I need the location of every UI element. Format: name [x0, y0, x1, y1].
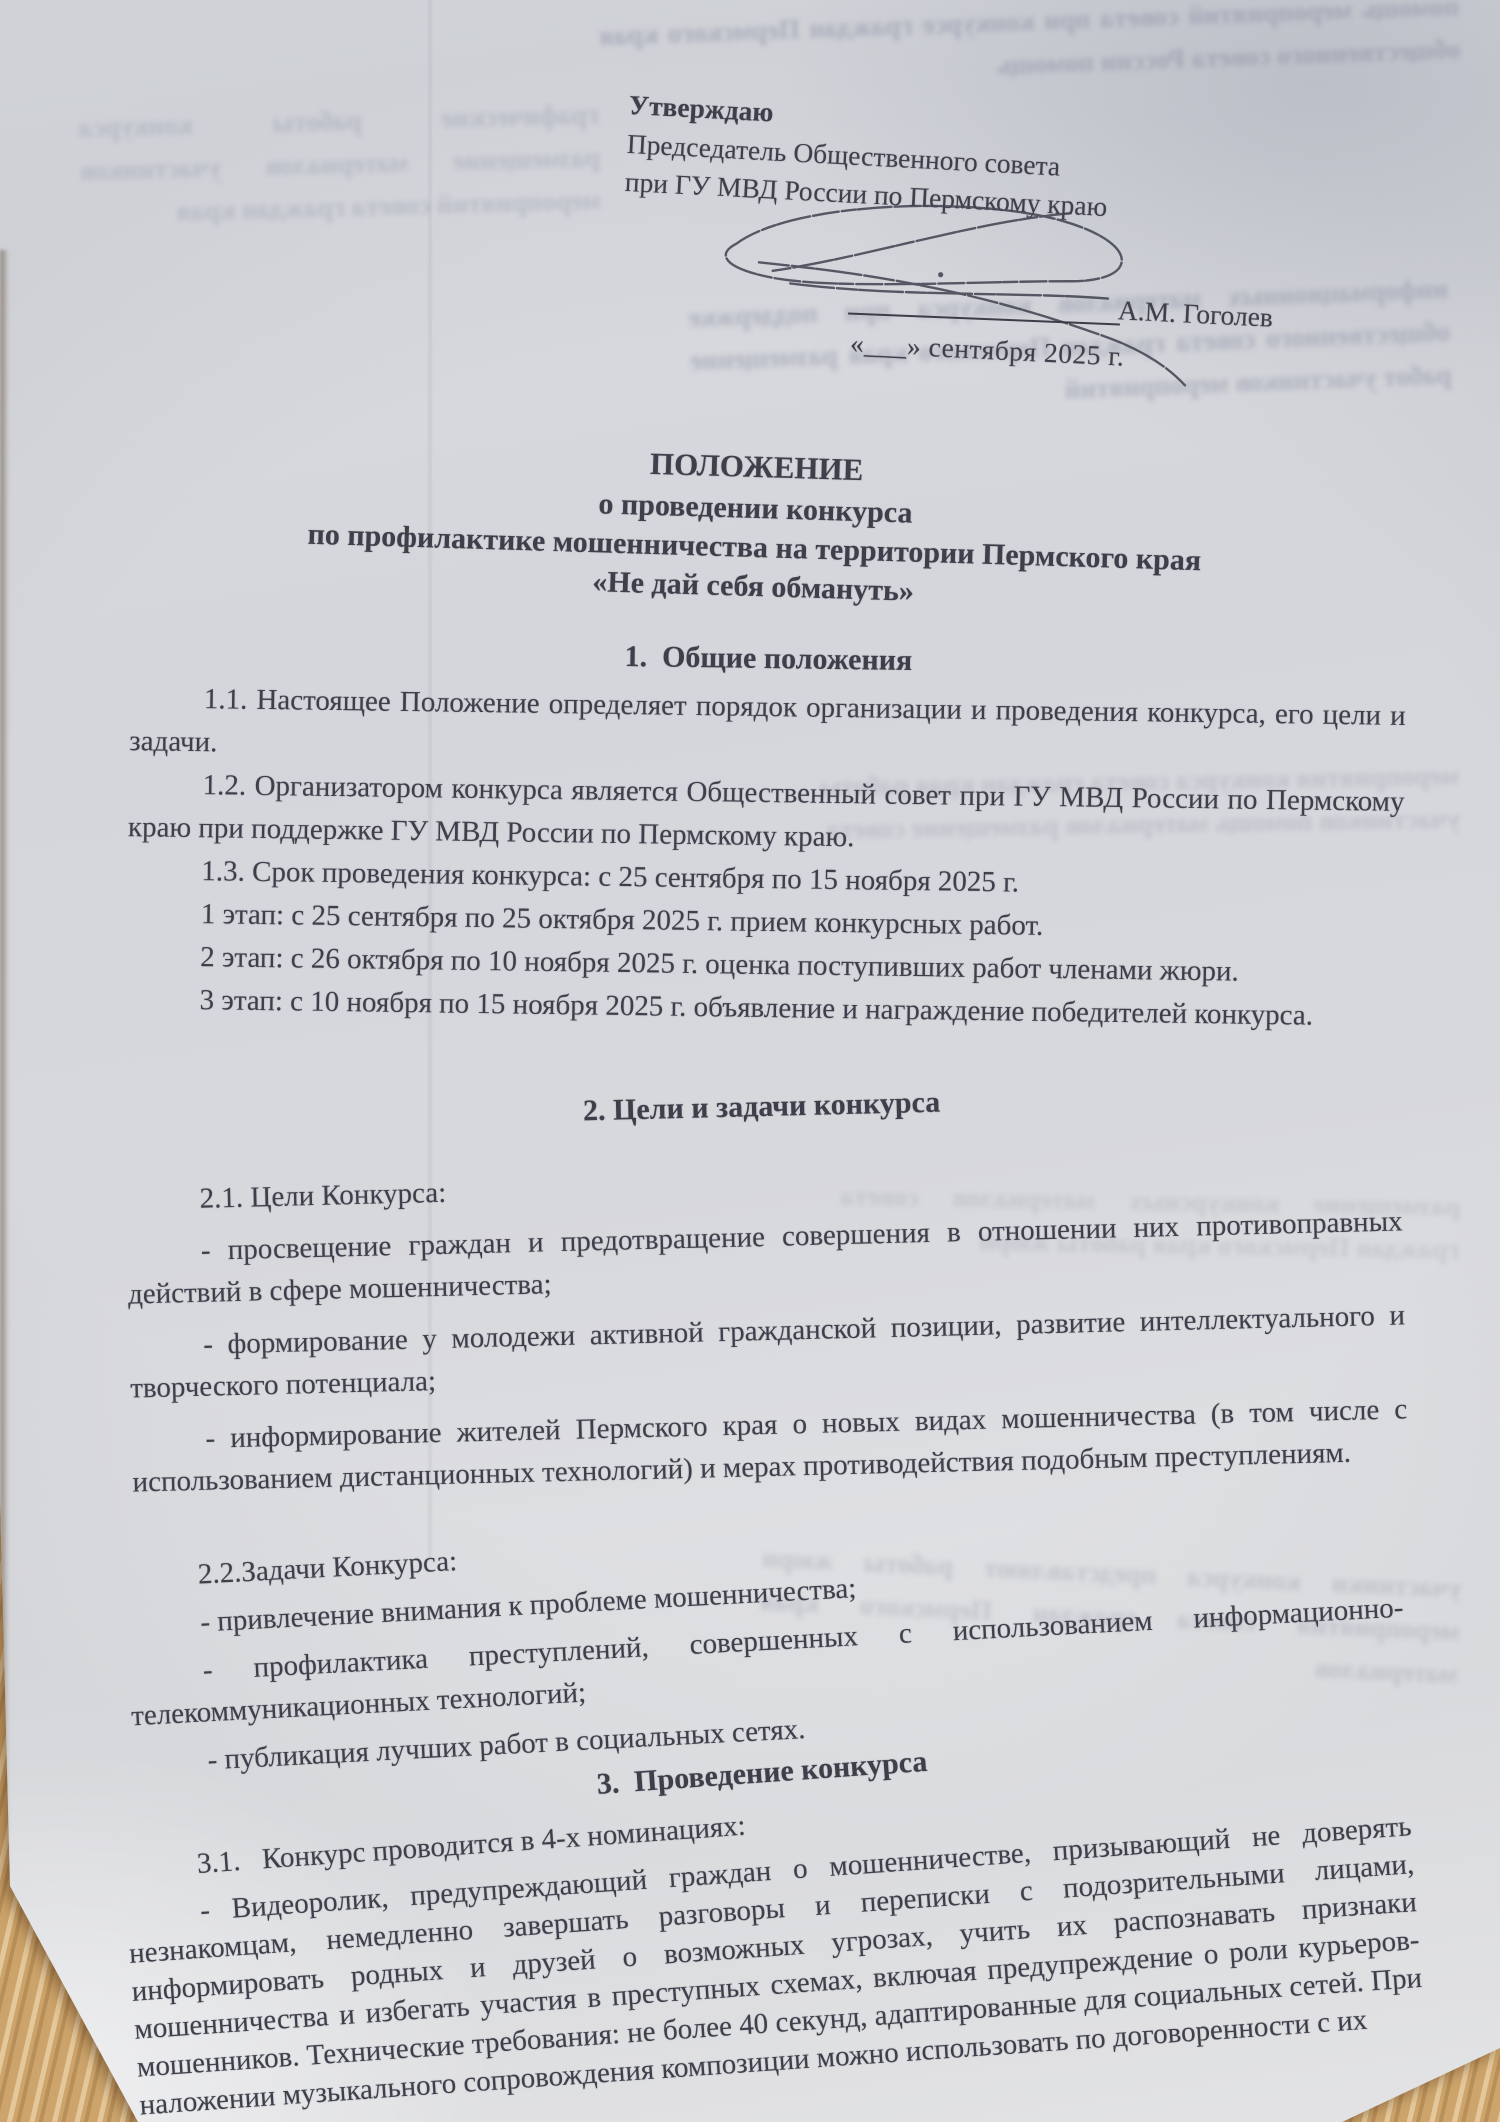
section-2-block: 2. Цели и задачи конкурса 2.1. Цели Конк…	[123, 1070, 1408, 1503]
section-2-heading: 2. Цели и задачи конкурса	[123, 1070, 1400, 1143]
bleedthrough-text-1: помощь мероприятий совета при конкурсе г…	[599, 0, 1461, 101]
photographed-document: { "approval": { "heading": "Утверждаю", …	[0, 0, 1500, 2122]
section-1-block: 1. Общие положения 1.1. Настоящее Положе…	[125, 629, 1406, 1039]
signature-dot	[938, 272, 943, 277]
paper-sheet-wrapper: помощь мероприятий совета при конкурсе г…	[0, 0, 1500, 2122]
paragraph-goal-3: - информирование жителей Пермского края …	[131, 1388, 1409, 1503]
paper-edge-shadow	[0, 250, 9, 1900]
document-title-block: ПОЛОЖЕНИЕ о проведении конкурса по профи…	[108, 426, 1402, 625]
paper-sheet: помощь мероприятий совета при конкурсе г…	[0, 0, 1500, 2122]
signature-scribble	[636, 168, 1204, 417]
bleedthrough-text-2: графические работы конкурса размещение м…	[78, 93, 601, 236]
